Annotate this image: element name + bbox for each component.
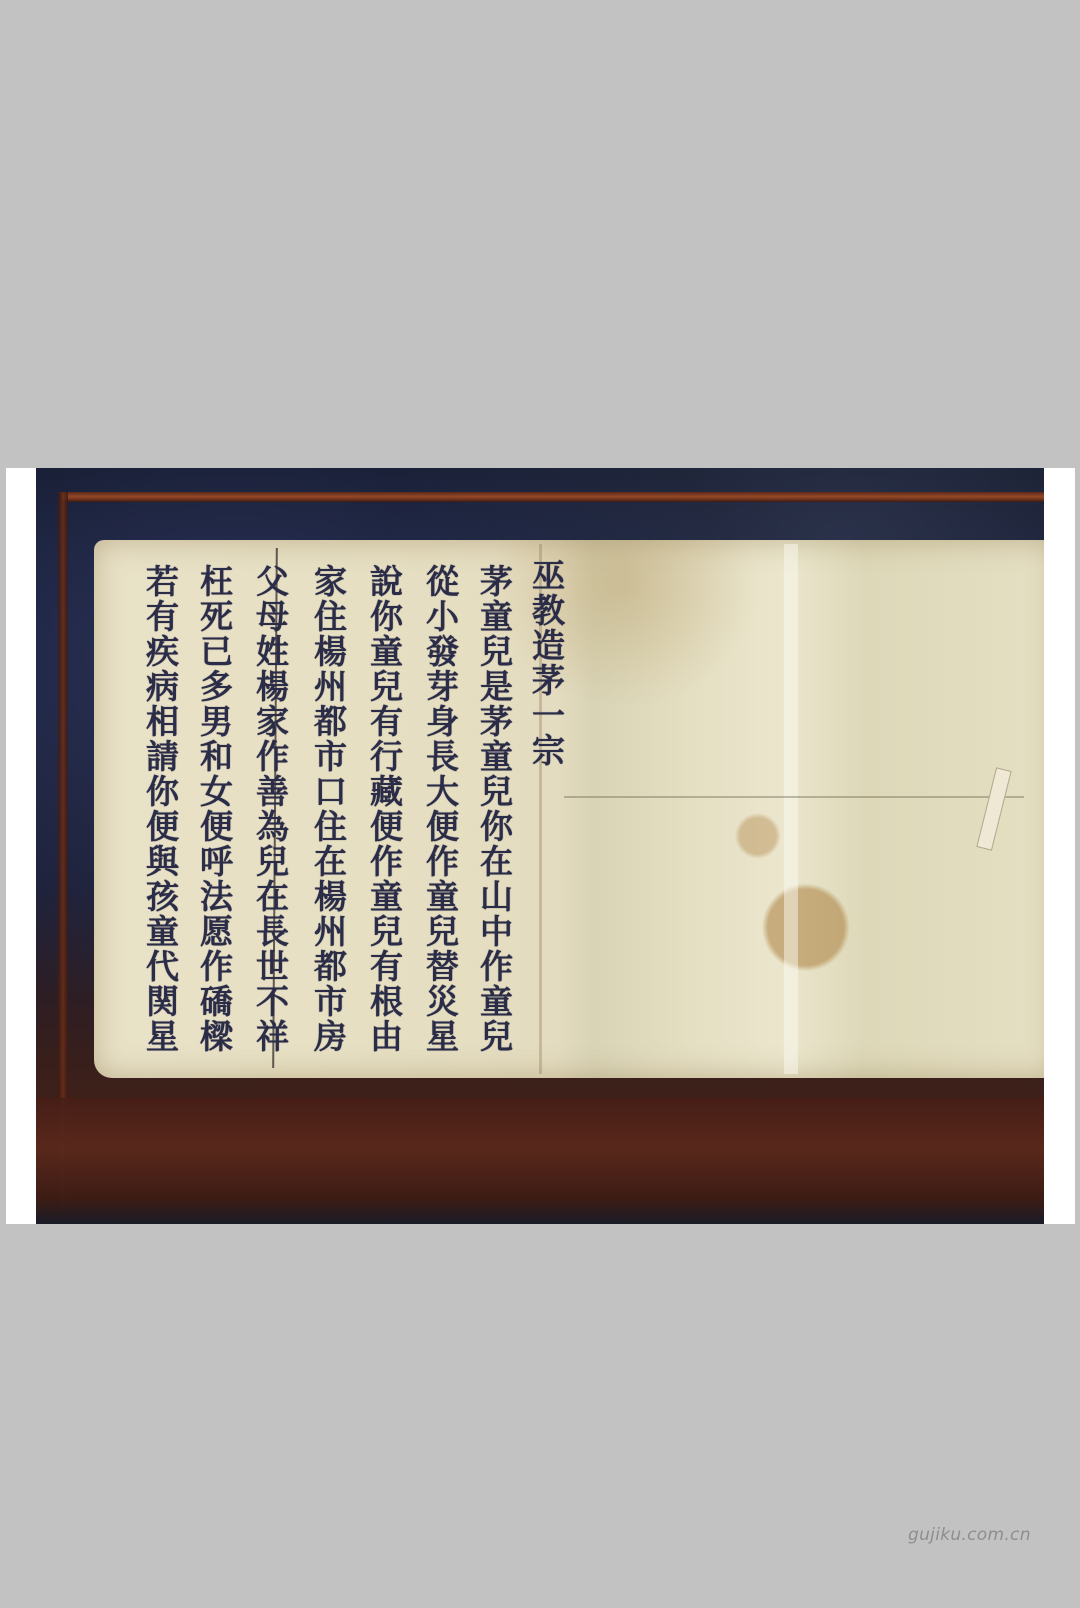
text-column: 茅童兒是茅童兒你在山中作童兒 bbox=[478, 564, 511, 1054]
text-column: 父母姓楊家作善為兒在長世不祥 bbox=[254, 564, 287, 1054]
site-watermark: gujiku.com.cn bbox=[908, 1525, 1031, 1545]
manuscript-text: 巫教造茅一宗 茅童兒是茅童兒你在山中作童兒 從小發芽身長大便作童兒替災星 說你童… bbox=[94, 540, 574, 1078]
paper-fold-highlight bbox=[784, 544, 798, 1074]
text-column: 家住楊州都市口住在楊州都市房 bbox=[312, 564, 345, 1054]
text-column: 枉死已多男和女便呼法愿作礄樑 bbox=[198, 564, 231, 1054]
binding-tab bbox=[976, 767, 1011, 850]
text-column: 若有疾病相請你便與孩童代関星 bbox=[144, 564, 177, 1054]
paper-crease bbox=[564, 796, 1024, 798]
text-column: 從小發芽身長大便作童兒替災星 bbox=[424, 564, 457, 1054]
page: 巫教造茅一宗 茅童兒是茅童兒你在山中作童兒 從小發芽身長大便作童兒替災星 說你童… bbox=[0, 0, 1080, 1608]
title-column: 巫教造茅一宗 bbox=[530, 558, 563, 768]
wooden-box-rim bbox=[62, 492, 1044, 502]
manuscript-photo: 巫教造茅一宗 茅童兒是茅童兒你在山中作童兒 從小發芽身長大便作童兒替災星 說你童… bbox=[36, 468, 1044, 1224]
wooden-box-floor bbox=[36, 1098, 1044, 1224]
text-column: 說你童兒有行藏便作童兒有根由 bbox=[368, 564, 401, 1054]
